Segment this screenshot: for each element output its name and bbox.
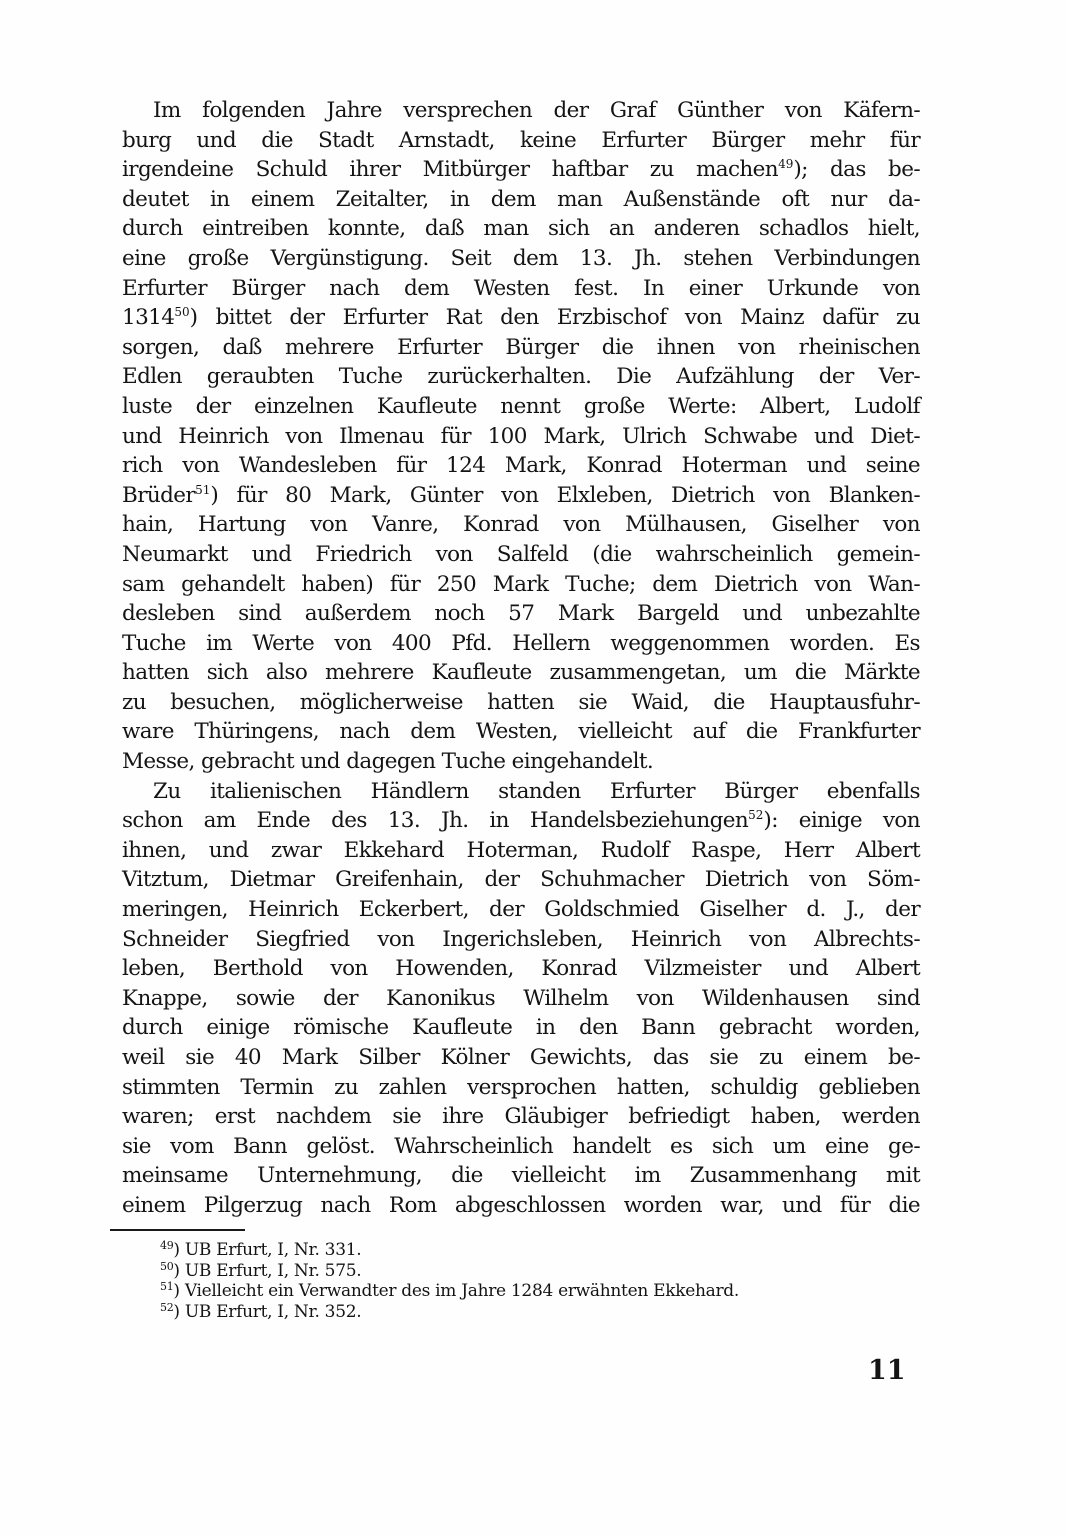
footnote-number: 49: [160, 1239, 173, 1252]
text-line: irgendeine Schuld ihrer Mitbürger haftba…: [122, 155, 920, 185]
text-line: meringen, Heinrich Eckerbert, der Goldsc…: [122, 895, 920, 925]
line-text: deutet in einem Zeitalter, in dem man Au…: [122, 187, 920, 212]
line-text: ): einige von: [763, 808, 920, 833]
line-text: sam gehandelt haben) für 250 Mark Tuche;…: [122, 572, 920, 597]
line-text: hatten sich also mehrere Kaufleute zusam…: [122, 660, 920, 685]
text-line: Erfurter Bürger nach dem Westen fest. In…: [122, 274, 920, 304]
line-text: einem Pilgerzug nach Rom abgeschlossen w…: [122, 1193, 920, 1218]
line-text: Schneider Siegfried von Ingerichsleben, …: [122, 927, 920, 952]
line-text: meringen, Heinrich Eckerbert, der Goldsc…: [122, 897, 920, 922]
line-text: eine große Vergünstigung. Seit dem 13. J…: [122, 246, 920, 271]
page-number: 11: [868, 1355, 906, 1386]
line-text: Vitztum, Dietmar Greifenhain, der Schuhm…: [122, 867, 920, 892]
text-line: luste der einzelnen Kaufleute nennt groß…: [122, 392, 920, 422]
footnote-text: ) UB Erfurt, I, Nr. 575.: [173, 1261, 361, 1281]
line-text: und Heinrich von Ilmenau für 100 Mark, U…: [122, 424, 920, 449]
footnote-reference[interactable]: 51: [195, 483, 210, 497]
text-line: einem Pilgerzug nach Rom abgeschlossen w…: [122, 1191, 920, 1221]
text-line: Zu italienischen Händlern standen Erfurt…: [122, 777, 920, 807]
text-line: deutet in einem Zeitalter, in dem man Au…: [122, 185, 920, 215]
text-line: burg und die Stadt Arnstadt, keine Erfur…: [122, 126, 920, 156]
line-text: rich von Wandesleben für 124 Mark, Konra…: [122, 453, 920, 478]
text-line: Tuche im Werte von 400 Pfd. Hellern wegg…: [122, 629, 920, 659]
line-text: ); das be-: [793, 157, 920, 182]
line-text: sorgen, daß mehrere Erfurter Bürger die …: [122, 335, 920, 360]
line-text: stimmten Termin zu zahlen versprochen ha…: [122, 1075, 920, 1100]
document-page: Im folgenden Jahre versprechen der Graf …: [0, 0, 1066, 1535]
footnote-number: 51: [160, 1280, 173, 1293]
line-text: sie vom Bann gelöst. Wahrscheinlich hand…: [122, 1134, 920, 1159]
text-line: hatten sich also mehrere Kaufleute zusam…: [122, 658, 920, 688]
text-line: schon am Ende des 13. Jh. in Handelsbezi…: [122, 806, 920, 836]
line-text: Knappe, sowie der Kanonikus Wilhelm von …: [122, 986, 920, 1011]
text-line: sie vom Bann gelöst. Wahrscheinlich hand…: [122, 1132, 920, 1162]
line-text: durch eintreiben konnte, daß man sich an…: [122, 216, 920, 241]
line-text: weil sie 40 Mark Silber Kölner Gewichts,…: [122, 1045, 920, 1070]
line-text: Zu italienischen Händlern standen Erfurt…: [153, 779, 920, 804]
text-line: Schneider Siegfried von Ingerichsleben, …: [122, 925, 920, 955]
line-text: meinsame Unternehmung, die vielleicht im…: [122, 1163, 920, 1188]
text-line: eine große Vergünstigung. Seit dem 13. J…: [122, 244, 920, 274]
text-line: Messe, gebracht und dagegen Tuche eingeh…: [122, 747, 920, 777]
text-line: rich von Wandesleben für 124 Mark, Konra…: [122, 451, 920, 481]
line-text: ihnen, und zwar Ekkehard Hoterman, Rudol…: [122, 838, 920, 863]
text-line: waren; erst nachdem sie ihre Gläubiger b…: [122, 1102, 920, 1132]
line-text: Im folgenden Jahre versprechen der Graf …: [153, 98, 920, 123]
line-text: leben, Berthold von Howenden, Konrad Vil…: [122, 956, 920, 981]
text-line: hain, Hartung von Vanre, Konrad von Mülh…: [122, 510, 920, 540]
line-text: ) bittet der Erfurter Rat den Erzbischof…: [190, 305, 920, 330]
text-line: 131450) bittet der Erfurter Rat den Erzb…: [122, 303, 920, 333]
text-line: Brüder51) für 80 Mark, Günter von Elxleb…: [122, 481, 920, 511]
line-text: Tuche im Werte von 400 Pfd. Hellern wegg…: [122, 631, 920, 656]
text-line: durch eintreiben konnte, daß man sich an…: [122, 214, 920, 244]
text-line: stimmten Termin zu zahlen versprochen ha…: [122, 1073, 920, 1103]
footnote-text: ) UB Erfurt, I, Nr. 331.: [173, 1240, 361, 1260]
footnote-rule: [110, 1229, 245, 1231]
footnote-50: 50) UB Erfurt, I, Nr. 575.: [160, 1261, 940, 1282]
text-line: meinsame Unternehmung, die vielleicht im…: [122, 1161, 920, 1191]
text-line: leben, Berthold von Howenden, Konrad Vil…: [122, 954, 920, 984]
text-line: Im folgenden Jahre versprechen der Graf …: [122, 96, 920, 126]
line-text: Erfurter Bürger nach dem Westen fest. In…: [122, 276, 920, 301]
footnote-reference[interactable]: 49: [778, 157, 793, 171]
text-line: Knappe, sowie der Kanonikus Wilhelm von …: [122, 984, 920, 1014]
footnote-text: ) Vielleicht ein Verwandter des im Jahre…: [173, 1281, 739, 1301]
footnote-number: 50: [160, 1260, 173, 1273]
text-line: zu besuchen, möglicherweise hatten sie W…: [122, 688, 920, 718]
footnotes: 49) UB Erfurt, I, Nr. 331.50) UB Erfurt,…: [160, 1240, 940, 1322]
text-line: und Heinrich von Ilmenau für 100 Mark, U…: [122, 422, 920, 452]
footnote-reference[interactable]: 50: [174, 305, 189, 319]
text-line: sorgen, daß mehrere Erfurter Bürger die …: [122, 333, 920, 363]
text-line: durch einige römische Kaufleute in den B…: [122, 1013, 920, 1043]
line-text: Brüder: [122, 483, 195, 508]
text-line: weil sie 40 Mark Silber Kölner Gewichts,…: [122, 1043, 920, 1073]
line-text: Neumarkt und Friedrich von Salfeld (die …: [122, 542, 920, 567]
line-text: waren; erst nachdem sie ihre Gläubiger b…: [122, 1104, 920, 1129]
text-line: ware Thüringens, nach dem Westen, vielle…: [122, 717, 920, 747]
line-text: desleben sind außerdem noch 57 Mark Barg…: [122, 601, 920, 626]
footnote-reference[interactable]: 52: [748, 808, 763, 822]
line-text: schon am Ende des 13. Jh. in Handelsbezi…: [122, 808, 748, 833]
line-text: luste der einzelnen Kaufleute nennt groß…: [122, 394, 920, 419]
body-text: Im folgenden Jahre versprechen der Graf …: [122, 96, 920, 1221]
line-text: hain, Hartung von Vanre, Konrad von Mülh…: [122, 512, 920, 537]
line-text: ware Thüringens, nach dem Westen, vielle…: [122, 719, 920, 744]
text-line: desleben sind außerdem noch 57 Mark Barg…: [122, 599, 920, 629]
line-text: 1314: [122, 305, 174, 330]
line-text: irgendeine Schuld ihrer Mitbürger haftba…: [122, 157, 778, 182]
line-text: Edlen geraubten Tuche zurückerhalten. Di…: [122, 364, 920, 389]
footnote-52: 52) UB Erfurt, I, Nr. 352.: [160, 1302, 940, 1323]
text-line: Edlen geraubten Tuche zurückerhalten. Di…: [122, 362, 920, 392]
footnote-51: 51) Vielleicht ein Verwandter des im Jah…: [160, 1281, 940, 1302]
footnote-49: 49) UB Erfurt, I, Nr. 331.: [160, 1240, 940, 1261]
line-text: durch einige römische Kaufleute in den B…: [122, 1015, 920, 1040]
text-line: Vitztum, Dietmar Greifenhain, der Schuhm…: [122, 865, 920, 895]
line-text: Messe, gebracht und dagegen Tuche eingeh…: [122, 749, 653, 774]
footnote-number: 52: [160, 1301, 173, 1314]
line-text: ) für 80 Mark, Günter von Elxleben, Diet…: [210, 483, 920, 508]
footnote-text: ) UB Erfurt, I, Nr. 352.: [173, 1302, 361, 1322]
text-line: sam gehandelt haben) für 250 Mark Tuche;…: [122, 570, 920, 600]
line-text: zu besuchen, möglicherweise hatten sie W…: [122, 690, 920, 715]
line-text: burg und die Stadt Arnstadt, keine Erfur…: [122, 128, 920, 153]
text-line: ihnen, und zwar Ekkehard Hoterman, Rudol…: [122, 836, 920, 866]
text-line: Neumarkt und Friedrich von Salfeld (die …: [122, 540, 920, 570]
